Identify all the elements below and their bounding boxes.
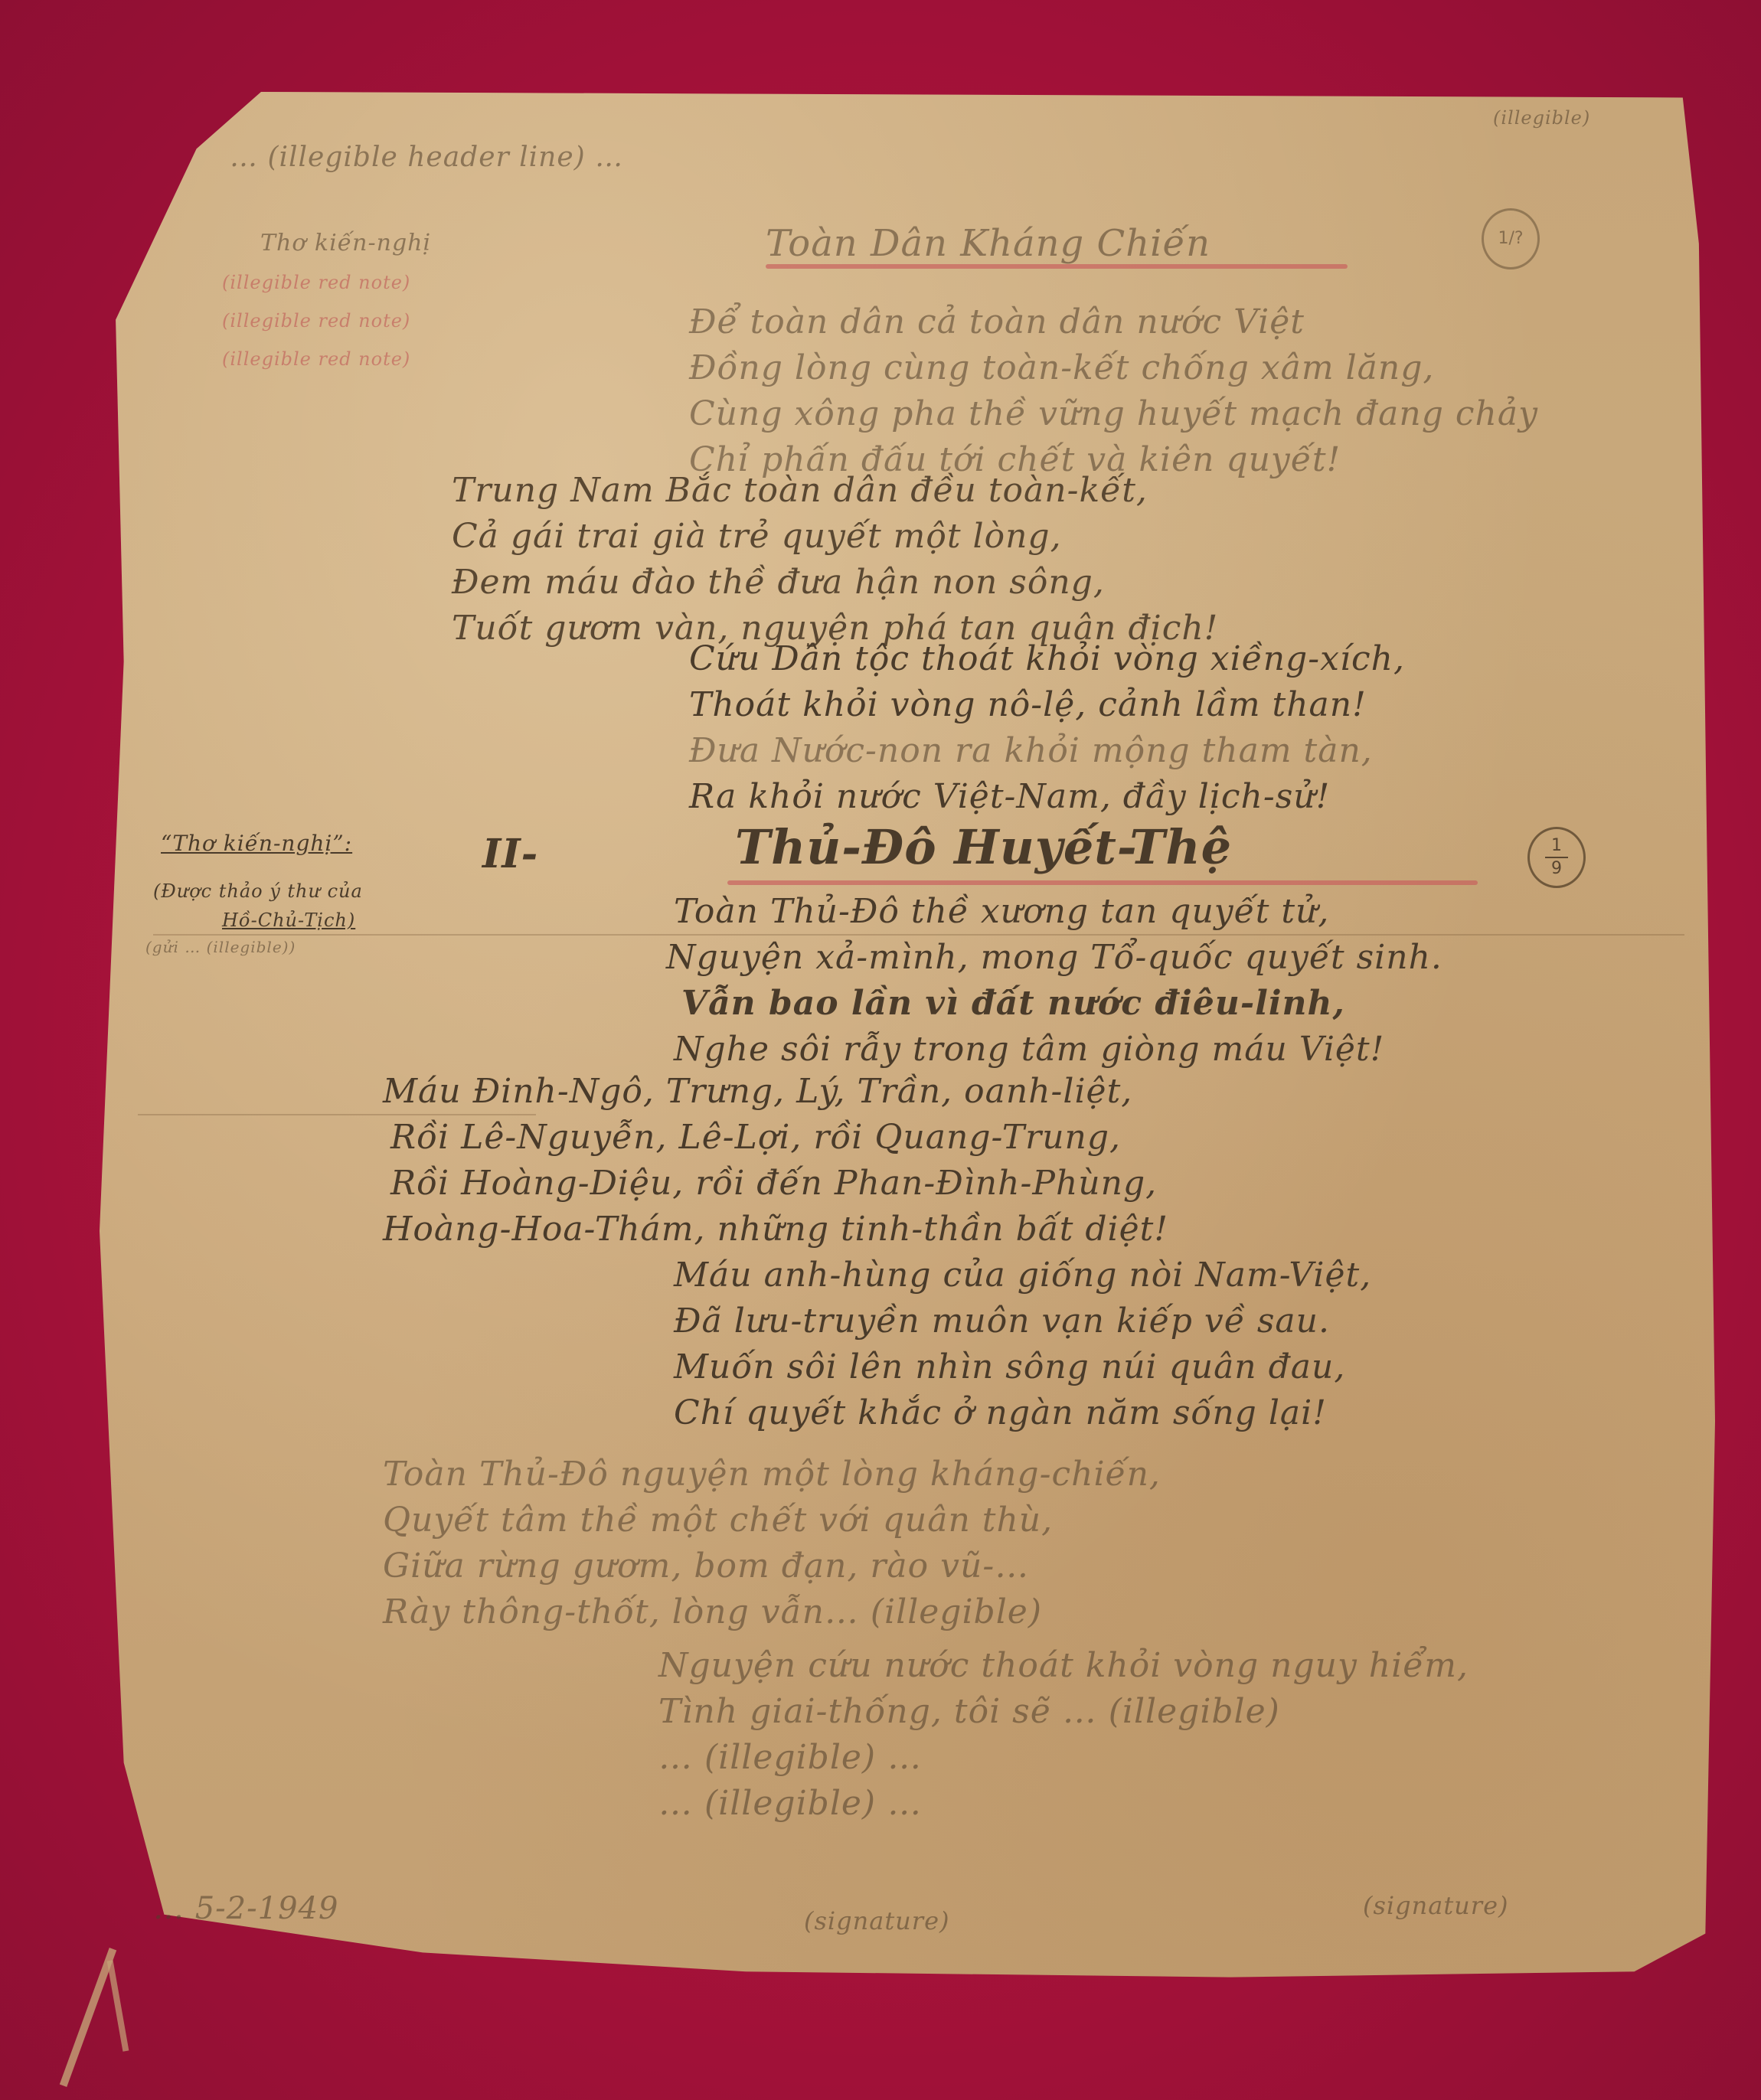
header-line: … (illegible header line) …	[230, 142, 623, 173]
margin-note-line: Hồ-Chủ-Tịch)	[222, 910, 355, 931]
poem-line: Quyết tâm thề một chết với quân thù,	[383, 1501, 1053, 1540]
poem-line: Nguyện xả-mình, mong Tổ-quốc quyết sinh.	[666, 938, 1442, 977]
poem-line: … (illegible) …	[658, 1738, 922, 1777]
margin-note-line: (Được thảo ý thư của	[153, 880, 363, 902]
margin-label: “Thơ kiến-nghị”:	[161, 831, 352, 856]
section-2-title-underline	[727, 880, 1478, 885]
poem-line: Rày thông-thốt, lòng vẫn… (illegible)	[383, 1592, 1042, 1631]
section-1-title: Toàn Dân Kháng Chiến	[766, 222, 1210, 265]
page-mark-denominator: 9	[1551, 861, 1562, 877]
poem-line: Tình giai-thống, tôi sẽ … (illegible)	[658, 1692, 1280, 1731]
poem-line: Thoát khỏi vòng nô-lệ, cảnh lầm than!	[689, 685, 1367, 724]
top-right-mark: (illegible)	[1493, 107, 1590, 129]
ruled-line	[153, 934, 1684, 936]
torn-fiber	[107, 1960, 129, 2052]
poem-line: Toàn Thủ-Đô nguyện một lòng kháng-chiến,	[383, 1455, 1161, 1494]
poem-line: Để toàn dân cả toàn dân nước Việt	[689, 302, 1305, 341]
section-1-title-underline	[766, 264, 1348, 269]
poem-line: Đem máu đào thề đưa hận non sông,	[452, 563, 1105, 602]
poem-line: Chí quyết khắc ở ngàn năm sống lại!	[674, 1393, 1327, 1432]
section-1-page-mark: 1/?	[1482, 208, 1540, 269]
poem-line: Đã lưu-truyền muôn vạn kiếp về sau.	[674, 1301, 1330, 1341]
margin-red-note: (illegible red note)	[222, 272, 410, 293]
poem-line: Đồng lòng cùng toàn-kết chống xâm lăng,	[689, 348, 1434, 387]
fraction-bar	[1545, 857, 1568, 858]
poem-line: Rồi Hoàng-Diệu, rồi đến Phan-Đình-Phùng,	[390, 1164, 1157, 1203]
poem-line: Trung Nam Bắc toàn dân đều toàn-kết,	[452, 471, 1148, 510]
page-mark-text: 1/?	[1498, 230, 1523, 247]
poem-line: Máu Đinh-Ngô, Trưng, Lý, Trần, oanh-liệt…	[383, 1072, 1132, 1111]
poem-line: Máu anh-hùng của giống nòi Nam-Việt,	[674, 1256, 1371, 1295]
margin-red-note: (illegible red note)	[222, 310, 410, 331]
section-2-numeral: II-	[482, 831, 538, 877]
poem-line: … (illegible) …	[658, 1784, 922, 1823]
section-2-title: Thủ-Đô Huyết-Thệ	[735, 819, 1232, 875]
poem-line: Cùng xông pha thề vững huyết mạch đang c…	[689, 394, 1538, 433]
poem-line: Cả gái trai già trẻ quyết một lòng,	[452, 517, 1062, 556]
margin-note-line: (gửi … (illegible))	[145, 938, 296, 956]
poem-line: Vẫn bao lần vì đất nước điêu-linh,	[681, 984, 1345, 1023]
poem-line: Toàn Thủ-Đô thề xương tan quyết tử,	[674, 892, 1329, 931]
signature-center: (signature)	[804, 1906, 950, 1935]
poem-line: Đưa Nước-non ra khỏi mộng tham tàn,	[689, 731, 1373, 770]
ruled-line	[138, 1114, 536, 1115]
poem-line: Nghe sôi rẫy trong tâm giòng máu Việt!	[674, 1030, 1384, 1069]
poem-line: Muốn sôi lên nhìn sông núi quân đau,	[674, 1347, 1345, 1386]
poem-line: Giữa rừng gươm, bom đạn, rào vũ-…	[383, 1546, 1029, 1586]
document-date: … 5-2-1949	[153, 1891, 338, 1926]
poem-line: Ra khỏi nước Việt-Nam, đầy lịch-sử!	[689, 777, 1330, 816]
poem-line: Nguyện cứu nước thoát khỏi vòng nguy hiể…	[658, 1646, 1469, 1685]
margin-note-top: Thơ kiến-nghị	[260, 230, 431, 256]
poem-line: Cứu Dân tộc thoát khỏi vòng xiềng-xích,	[689, 639, 1405, 678]
poem-line: Rồi Lê-Nguyễn, Lê-Lợi, rồi Quang-Trung,	[390, 1118, 1121, 1157]
poem-line: Hoàng-Hoa-Thám, những tinh-thần bất diệt…	[383, 1210, 1168, 1249]
page-mark-numerator: 1	[1551, 838, 1562, 854]
signature-right: (signature)	[1363, 1891, 1509, 1920]
section-2-page-mark: 1 9	[1527, 827, 1586, 888]
margin-red-note: (illegible red note)	[222, 348, 410, 370]
